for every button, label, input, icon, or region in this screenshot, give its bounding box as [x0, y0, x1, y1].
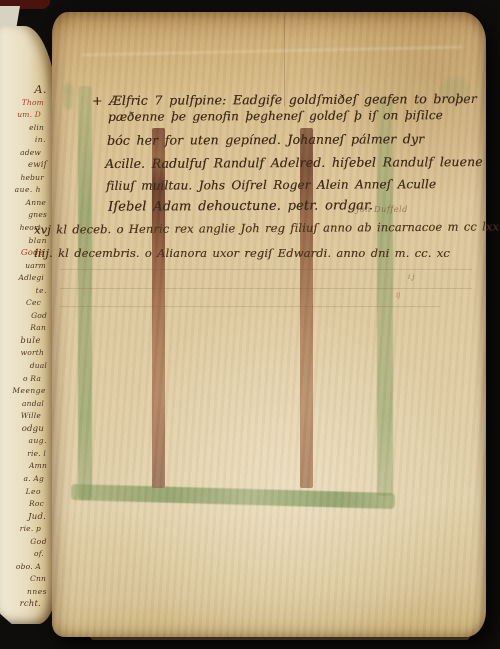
fore-edge-text-fragment: Wille	[21, 410, 41, 423]
fore-edge-text-fragment: Cnn	[30, 573, 46, 586]
fore-edge-text-fragment: elin	[29, 122, 44, 135]
fore-edge-text-fragment: Ran	[30, 322, 46, 335]
obit-line-2: iiij. kl decembris. o Alianora uxor regi…	[34, 246, 450, 260]
fore-edge-text-fragment: hebur	[21, 172, 45, 185]
fore-edge-text-fragment: Meenge	[12, 385, 46, 398]
fore-edge-text-fragment: dual	[30, 360, 47, 373]
fore-edge-text-fragment: gnes	[28, 209, 47, 222]
fore-edge-text-fragment: Anne	[26, 197, 46, 210]
ruling-line	[60, 288, 472, 289]
fore-edge-text-fragment: of.	[34, 548, 44, 561]
parchment-crease	[82, 46, 462, 56]
inscription-line-2: pæðenne þe genofin þegheneſ goldeſ þ iſ …	[108, 108, 443, 124]
green-frame-left	[78, 86, 92, 500]
inscription-line-4: Acille. Radulfuſ Randulf Adelred. hiſebe…	[105, 154, 483, 171]
fore-edge-text-fragment: ewiſ	[28, 159, 47, 172]
fore-edge-text-fragment: Thom	[22, 97, 44, 110]
fore-edge-text-fragment: aue. h	[15, 184, 41, 197]
fore-edge-text-fragment: Cec	[26, 297, 41, 310]
fore-edge-text-fragment: andal	[22, 398, 44, 411]
added-name-note: Joh Duffeld	[356, 205, 408, 215]
fore-edge-text-fragment: odgu	[22, 423, 44, 436]
inscription-line-3: bóc her for uten gepíned. Johanneſ pálme…	[107, 131, 424, 148]
fore-edge-text-fragment: in.	[35, 134, 46, 147]
fore-edge-text-fragment: rcht.	[20, 598, 41, 611]
fore-edge-page-stack: A.Thomum. Delinin.adewewiſheburaue. hAnn…	[0, 26, 60, 624]
fore-edge-text-fragment: bule	[20, 335, 41, 348]
fore-edge-text-fragment: Amn	[29, 460, 47, 473]
fore-edge-text-fragment: Jud.	[28, 511, 46, 524]
fore-edge-text-fragment: a. Ag	[24, 473, 44, 486]
parchment-page: + Ælfric 7 pulfpine: Eadgife goldſmiðeſ …	[52, 12, 486, 637]
fore-edge-text-column: A.Thomum. Delinin.adewewiſheburaue. hAnn…	[0, 84, 47, 611]
fore-edge-text-fragment: obo. A	[16, 561, 41, 574]
fore-edge-text-fragment: aug.	[29, 435, 48, 448]
fore-edge-text-fragment: Roc	[29, 498, 44, 511]
fore-edge-text-fragment: o Ra	[23, 373, 41, 386]
fore-edge-text-fragment: Leo	[26, 486, 41, 499]
inscription-line-1: + Ælfric 7 pulfpine: Eadgife goldſmiðeſ …	[92, 91, 477, 108]
fore-edge-text-fragment: adew	[20, 147, 41, 160]
fore-edge-text-fragment: te.	[36, 285, 47, 298]
ruling-line	[60, 306, 440, 307]
inscription-line-6: Iſebel Adam dehouctune. petr. ordgar.	[108, 198, 373, 214]
marginal-mark: ij	[396, 291, 400, 299]
fore-edge-text-fragment: rie. p	[20, 523, 41, 536]
fore-edge-text-fragment: A.	[35, 84, 47, 97]
fore-edge-text-fragment: Adlegi	[19, 272, 44, 285]
ruling-line	[60, 269, 472, 270]
fore-edge-text-fragment: God	[30, 536, 47, 549]
green-frame-bottom	[71, 484, 395, 509]
fore-edge-text-fragment: worth	[21, 347, 44, 360]
obit-line-1: xvj kl deceb. o Henric rex anglie Joh re…	[34, 219, 500, 236]
fore-edge-text-fragment: rie. l	[27, 448, 46, 461]
inscription-line-5: filiuſ muiltau. Johs Oiſrel Roger Alein …	[106, 177, 436, 193]
manuscript-photo: A.Thomum. Delinin.adewewiſheburaue. hAnn…	[0, 0, 500, 649]
fore-edge-text-fragment: uarm	[25, 260, 46, 273]
marginal-mark: ij	[408, 273, 416, 281]
fore-edge-text-fragment: um. D	[17, 109, 41, 122]
green-paint-smudge	[64, 82, 73, 110]
fore-edge-text-fragment: nnes	[27, 586, 47, 599]
fore-edge-text-fragment: God	[31, 310, 47, 323]
